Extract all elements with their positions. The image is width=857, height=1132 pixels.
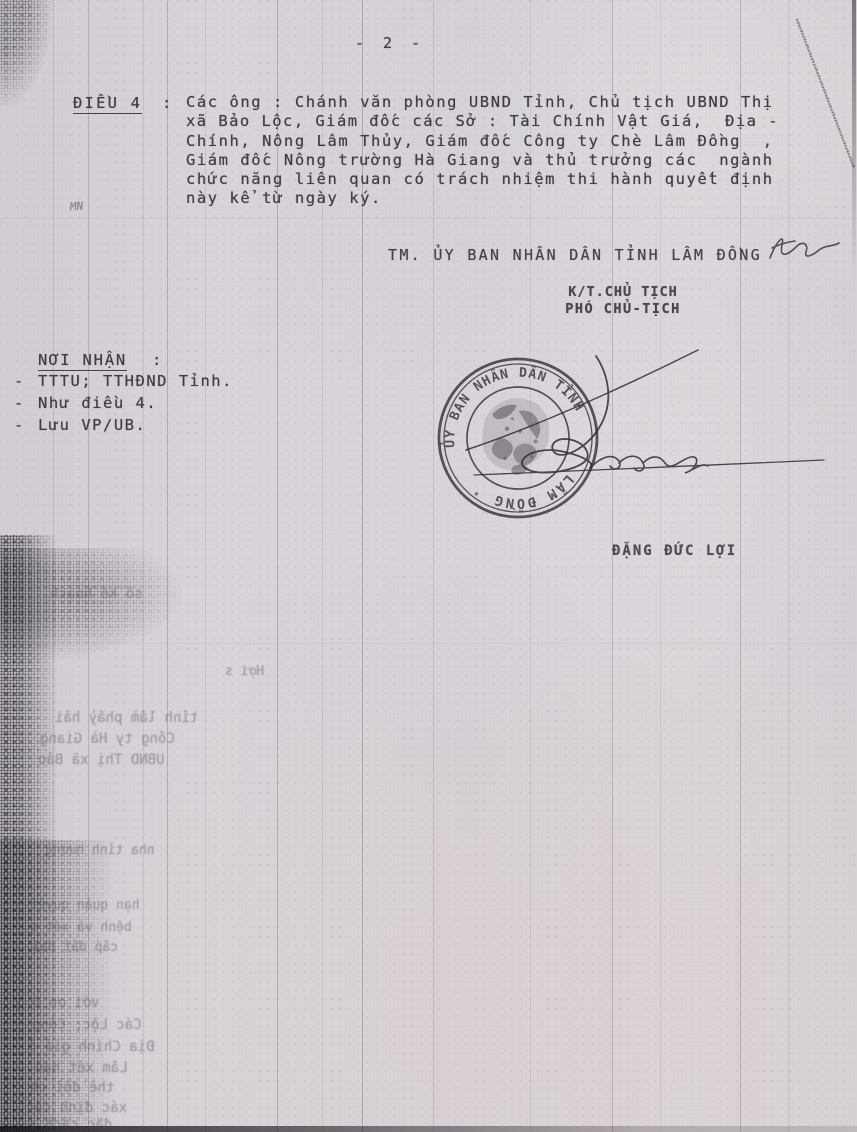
page-number: - 2 - (355, 34, 425, 52)
bleedthrough-fragment: bệnh và xét s (30, 920, 132, 935)
bleedthrough-fragment: hạn quản quyết (30, 898, 140, 913)
recipient-item: Lưu VP/UB. (38, 416, 146, 434)
crease-line (88, 0, 89, 1132)
article-line: Chính, Nông Lâm Thủy, Giám đốc Công ty C… (186, 132, 779, 151)
bleedthrough-fragment: Địa Chính giá ô (28, 1039, 154, 1055)
scanned-document-page: MN - 2 - ĐIỀU 4 : Các ông : Chánh văn ph… (0, 0, 857, 1132)
article-line: Giám đốc Nông trường Hà Giang và thủ trư… (186, 151, 779, 170)
bleedthrough-fragment: với ơn Đ ị (15, 995, 99, 1011)
article-separator: : (162, 94, 171, 112)
crease-line (788, 0, 789, 1132)
bleedthrough-fragment: đặc cách s (28, 1117, 112, 1132)
recipient-dash: - (14, 416, 23, 434)
bleedthrough-fragment: số kế hoạch (50, 586, 143, 602)
bleedthrough-fragment: xác định các (26, 1100, 127, 1116)
recipient-dash: - (14, 394, 23, 412)
recipients-heading: NƠI NHẬN (38, 351, 127, 371)
crease-line-horizontal (0, 218, 857, 219)
article-line: xã Bảo Lộc, Giám đốc các Sở : Tài Chính … (186, 112, 779, 131)
recipient-dash: - (14, 372, 23, 390)
signing-title-line: PHÓ CHỦ-TỊCH (533, 301, 713, 317)
bleedthrough-fragment: Các Lộc; Công (32, 1017, 142, 1033)
signature (400, 330, 850, 505)
toner-smudge-top-left (0, 0, 52, 105)
crease-line (143, 0, 144, 1132)
bleedthrough-fragment: Công ty Hà Giang (40, 731, 175, 747)
diagonal-crease (795, 18, 855, 168)
recipient-item: TTTU; TTHĐND Tỉnh. (38, 372, 233, 390)
article-body: Các ông : Chánh văn phòng UBND Tỉnh, Chủ… (186, 93, 779, 209)
crease-line-horizontal (0, 643, 857, 644)
bleedthrough-fragment: thề đổi ch (30, 1080, 114, 1096)
scan-edge-artifact (852, 0, 856, 280)
scan-edge-bottom (0, 1126, 857, 1132)
crease-line (53, 0, 54, 1132)
article-label: ĐIỀU 4 (73, 94, 142, 114)
bleedthrough-fragment: cấp đất đai (32, 940, 118, 955)
crease-line (167, 0, 168, 1132)
signing-acting-line: K/T.CHỦ TỊCH (543, 284, 703, 300)
signing-org-line: TM. ỦY BAN NHÂN DÂN TỈNH LÂM ĐỒNG (388, 246, 762, 264)
handwritten-note-squiggle (752, 226, 852, 270)
recipients-separator: : (152, 351, 161, 369)
bleedthrough-fragment: UBND Thị xã Bảo (38, 752, 164, 768)
article-line: Các ông : Chánh văn phòng UBND Tỉnh, Chủ… (186, 93, 779, 112)
toner-smudge-blob (0, 548, 185, 663)
bleedthrough-fragment: Lâm xét hạn (35, 1060, 128, 1076)
bleedthrough-fragment: nha tỉnh hương (45, 843, 155, 858)
bleedthrough-fragment: tỉnh lầm phầy hải (55, 710, 198, 726)
signer-name: ĐẶNG ĐỨC LỢI (612, 543, 762, 559)
bleedthrough-fragment: Hợi s (225, 664, 264, 679)
article-line: chức năng liên quan có trách nhiệm thi h… (186, 170, 779, 189)
handwritten-corner-mark: MN (69, 199, 84, 213)
article-line: này kể từ ngày ký. (186, 189, 779, 208)
recipient-item: Như điều 4. (38, 394, 157, 412)
